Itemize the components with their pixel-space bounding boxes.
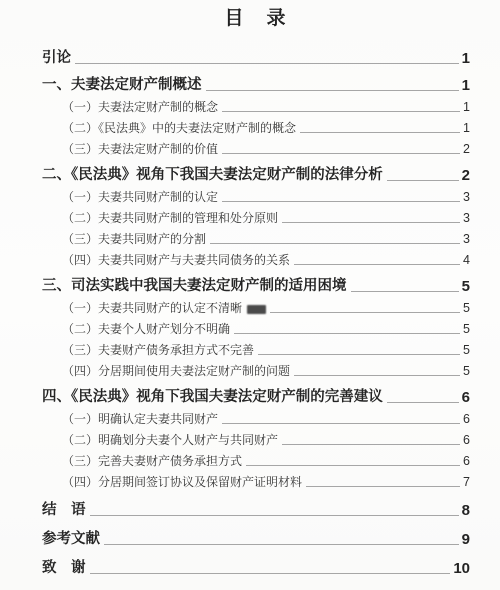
toc-entry-page: 1	[463, 122, 470, 136]
toc-entry: （二）夫妻个人财产划分不明确 5	[42, 316, 470, 337]
leader-line	[294, 375, 460, 376]
leader-line	[90, 573, 451, 574]
toc-entry-page: 2	[463, 143, 470, 157]
toc-entry-label: （三）夫妻法定财产制的价值	[62, 143, 218, 157]
leader-line	[246, 465, 460, 466]
toc-entry: 二、《民法典》视角下我国夫妻法定财产制的法律分析 2	[42, 157, 470, 184]
toc-entry-label: （三）夫妻共同财产的分割	[62, 233, 206, 247]
toc-entry-page: 3	[463, 233, 470, 247]
toc-entry-label: 三、司法实践中我国夫妻法定财产制的适用困境	[42, 278, 347, 295]
leader-line	[282, 444, 460, 445]
toc-entry: （一）夫妻共同财产的认定不清晰 5	[42, 295, 470, 316]
toc-entry-page: 6	[463, 413, 470, 427]
toc-entry-label: （四）夫妻共同财产与夫妻共同债务的关系	[62, 254, 290, 268]
toc-entry-page: 8	[462, 503, 470, 520]
toc-entry: 参考文献 9	[42, 519, 470, 548]
toc-entry-label: （四）分居期间签订协议及保留财产证明材料	[62, 476, 302, 490]
toc-entry-page: 3	[463, 212, 470, 226]
toc-entry-label: （一）明确认定夫妻共同财产	[62, 413, 218, 427]
leader-line	[222, 153, 460, 154]
toc-entry-page: 6	[463, 455, 470, 469]
toc-entry-label: （一）夫妻共同财产制的认定	[62, 191, 218, 205]
leader-line	[222, 201, 460, 202]
toc-entry-label: （四）分居期间使用夫妻法定财产制的问题	[62, 365, 290, 379]
toc-entry-label: 参考文献	[42, 531, 100, 548]
toc-entry-label: （一）夫妻共同财产的认定不清晰	[62, 302, 242, 316]
toc-entry: （二）《民法典》中的夫妻法定财产制的概念 1	[42, 115, 470, 136]
toc-page: 目 录 引论 1 一、夫妻法定财产制概述 1 （一）夫妻法定财产制的概念 1 （…	[0, 0, 500, 590]
toc-entry-page: 10	[453, 561, 470, 578]
leader-line	[387, 180, 459, 181]
leader-line	[206, 90, 459, 91]
leader-line	[351, 291, 459, 292]
toc-entry-label: （二）明确划分夫妻个人财产与共同财产	[62, 434, 278, 448]
toc-entry-label: （二）《民法典》中的夫妻法定财产制的概念	[62, 122, 296, 136]
toc-entry-label: （一）夫妻法定财产制的概念	[62, 101, 218, 115]
toc-entry-page: 6	[463, 434, 470, 448]
toc-entry: 结 语 8	[42, 490, 470, 519]
redaction-smudge	[247, 305, 266, 314]
toc-entry-page: 1	[462, 51, 470, 68]
toc-entry-page: 1	[462, 78, 470, 95]
toc-entry-page: 6	[462, 390, 470, 407]
leader-line	[90, 515, 459, 516]
leader-line	[387, 402, 459, 403]
toc-entry-page: 5	[462, 279, 470, 296]
toc-entries: 引论 1 一、夫妻法定财产制概述 1 （一）夫妻法定财产制的概念 1 （二）《民…	[42, 40, 470, 577]
toc-entry: （三）夫妻法定财产制的价值 2	[42, 136, 470, 157]
toc-entry: （二）明确划分夫妻个人财产与共同财产 6	[42, 427, 470, 448]
toc-entry-page: 7	[463, 476, 470, 490]
toc-entry: （三）夫妻财产债务承担方式不完善 5	[42, 337, 470, 358]
toc-entry-page: 4	[463, 254, 470, 268]
toc-entry-label: （二）夫妻个人财产划分不明确	[62, 323, 230, 337]
toc-entry: （一）夫妻法定财产制的概念 1	[42, 94, 470, 115]
leader-line	[306, 486, 460, 487]
toc-entry: （四）分居期间签订协议及保留财产证明材料 7	[42, 469, 470, 490]
toc-entry-page: 1	[463, 101, 470, 115]
toc-entry-page: 5	[463, 365, 470, 379]
toc-entry-label: 二、《民法典》视角下我国夫妻法定财产制的法律分析	[42, 167, 383, 184]
leader-line	[300, 132, 460, 133]
toc-entry: 三、司法实践中我国夫妻法定财产制的适用困境 5	[42, 268, 470, 295]
toc-entry: （一）夫妻共同财产制的认定 3	[42, 184, 470, 205]
leader-line	[270, 312, 460, 313]
toc-entry-label: 致 谢	[42, 560, 86, 577]
leader-line	[234, 333, 460, 334]
toc-entry-page: 5	[463, 302, 470, 316]
toc-entry: 四、《民法典》视角下我国夫妻法定财产制的完善建议 6	[42, 379, 470, 406]
toc-entry-page: 5	[463, 344, 470, 358]
toc-entry-page: 5	[463, 323, 470, 337]
toc-entry-page: 9	[462, 532, 470, 549]
toc-entry: （四）分居期间使用夫妻法定财产制的问题 5	[42, 358, 470, 379]
leader-line	[282, 222, 460, 223]
toc-entry-label: 四、《民法典》视角下我国夫妻法定财产制的完善建议	[42, 389, 383, 406]
toc-entry-label: 一、夫妻法定财产制概述	[42, 77, 202, 94]
toc-entry: 一、夫妻法定财产制概述 1	[42, 67, 470, 94]
toc-entry: 引论 1	[42, 40, 470, 67]
page-title: 目 录	[42, 6, 470, 32]
leader-line	[75, 63, 459, 64]
leader-line	[210, 243, 460, 244]
toc-entry-label: 引论	[42, 50, 71, 67]
toc-entry: 致 谢 10	[42, 548, 470, 577]
leader-line	[294, 264, 460, 265]
toc-entry: （四）夫妻共同财产与夫妻共同债务的关系 4	[42, 247, 470, 268]
leader-line	[222, 423, 460, 424]
toc-entry-label: （二）夫妻共同财产制的管理和处分原则	[62, 212, 278, 226]
toc-entry-label: （三）完善夫妻财产债务承担方式	[62, 455, 242, 469]
toc-entry-label: 结 语	[42, 502, 86, 519]
leader-line	[258, 354, 460, 355]
toc-entry-page: 2	[462, 168, 470, 185]
toc-entry-label: （三）夫妻财产债务承担方式不完善	[62, 344, 254, 358]
toc-entry: （三）夫妻共同财产的分割 3	[42, 226, 470, 247]
leader-line	[104, 544, 459, 545]
toc-entry: （一）明确认定夫妻共同财产 6	[42, 406, 470, 427]
leader-line	[222, 111, 460, 112]
toc-entry-page: 3	[463, 191, 470, 205]
toc-entry: （三）完善夫妻财产债务承担方式 6	[42, 448, 470, 469]
toc-entry: （二）夫妻共同财产制的管理和处分原则 3	[42, 205, 470, 226]
